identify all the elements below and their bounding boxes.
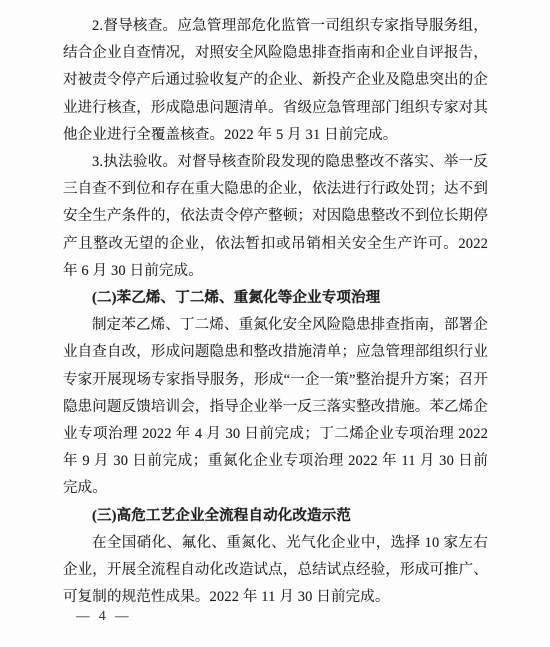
paragraph-automation-pilot: 在全国硝化、氟化、重氮化、光气化企业中，选择 10 家左右企业，开展全流程自动化… bbox=[63, 530, 488, 612]
page-number: — 4 — bbox=[76, 608, 132, 624]
section-heading-high-risk-process-automation: (三)高危工艺企业全流程自动化改造示范 bbox=[63, 503, 488, 530]
document-page: 2.督导核查。应急管理部危化监管一司组织专家指导服务组，结合企业自查情况，对照安… bbox=[0, 0, 550, 647]
paragraph-styrene-special-treatment: 制定苯乙烯、丁二烯、重氮化安全风险隐患排查指南，部署企业自查自改，形成问题隐患和… bbox=[63, 312, 488, 502]
paragraph-law-enforcement-acceptance: 3.执法验收。对督导核查阶段发现的隐患整改不落实、举一反三自查不到位和存在重大隐… bbox=[63, 149, 488, 285]
paragraph-supervision-check: 2.督导核查。应急管理部危化监管一司组织专家指导服务组，结合企业自查情况，对照安… bbox=[63, 13, 488, 149]
section-heading-styrene-butadiene-diazo-treatment: (二)苯乙烯、丁二烯、重氮化等企业专项治理 bbox=[63, 285, 488, 312]
